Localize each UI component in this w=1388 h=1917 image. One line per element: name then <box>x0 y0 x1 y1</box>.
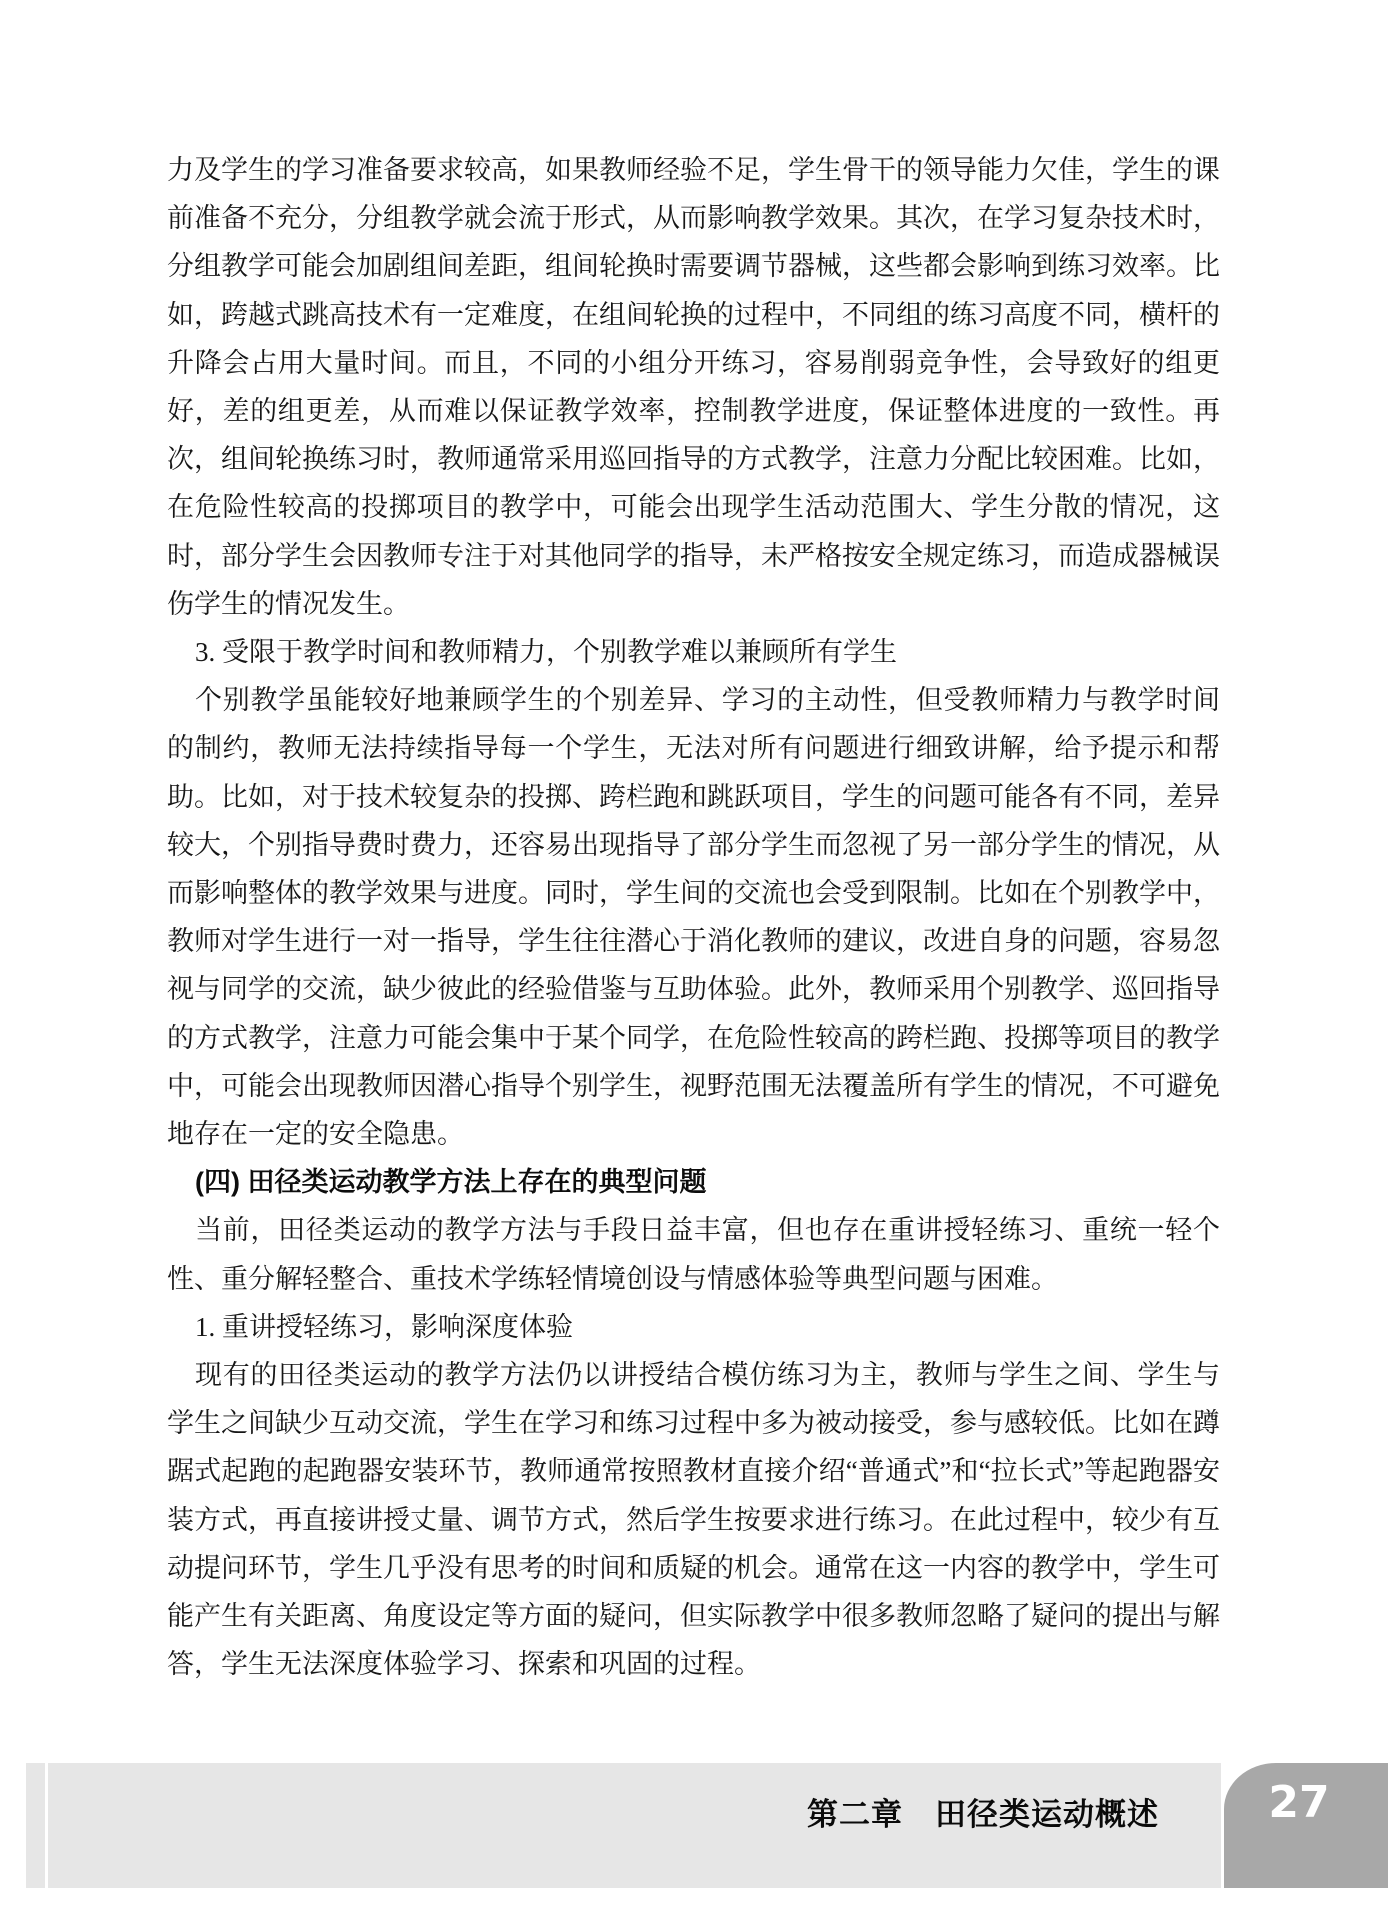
paragraph-individual-teaching: 个别教学虽能较好地兼顾学生的个别差异、学习的主动性，但受教师精力与教学时间的制约… <box>167 676 1220 1158</box>
footer-bar-left-stub <box>26 1763 45 1888</box>
page-number-tab: 27 <box>1224 1763 1388 1888</box>
page-number: 27 <box>1268 1781 1329 1825</box>
book-page: 力及学生的学习准备要求较高，如果教师经验不足，学生骨干的领导能力欠佳，学生的课前… <box>0 0 1388 1917</box>
paragraph-continuation: 力及学生的学习准备要求较高，如果教师经验不足，学生骨干的领导能力欠佳，学生的课前… <box>167 146 1220 628</box>
footer-bar: 第二章 田径类运动概述 <box>48 1763 1221 1888</box>
paragraph-existing-methods: 现有的田径类运动的教学方法仍以讲授结合模仿练习为主，教师与学生之间、学生与学生之… <box>167 1351 1220 1688</box>
paragraph-current-methods: 当前，田径类运动的教学方法与手段日益丰富，但也存在重讲授轻练习、重统一轻个性、重… <box>167 1206 1220 1302</box>
subheading-3-individual-teaching: 3. 受限于教学时间和教师精力，个别教学难以兼顾所有学生 <box>167 628 1220 676</box>
footer-chapter-title: 第二章 田径类运动概述 <box>807 1789 1159 1834</box>
subheading-1-lecture-over-practice: 1. 重讲授轻练习，影响深度体验 <box>167 1303 1220 1351</box>
section-heading-4-typical-problems: (四) 田径类运动教学方法上存在的典型问题 <box>167 1158 1220 1206</box>
page-body-text: 力及学生的学习准备要求较高，如果教师经验不足，学生骨干的领导能力欠佳，学生的课前… <box>167 146 1220 1689</box>
